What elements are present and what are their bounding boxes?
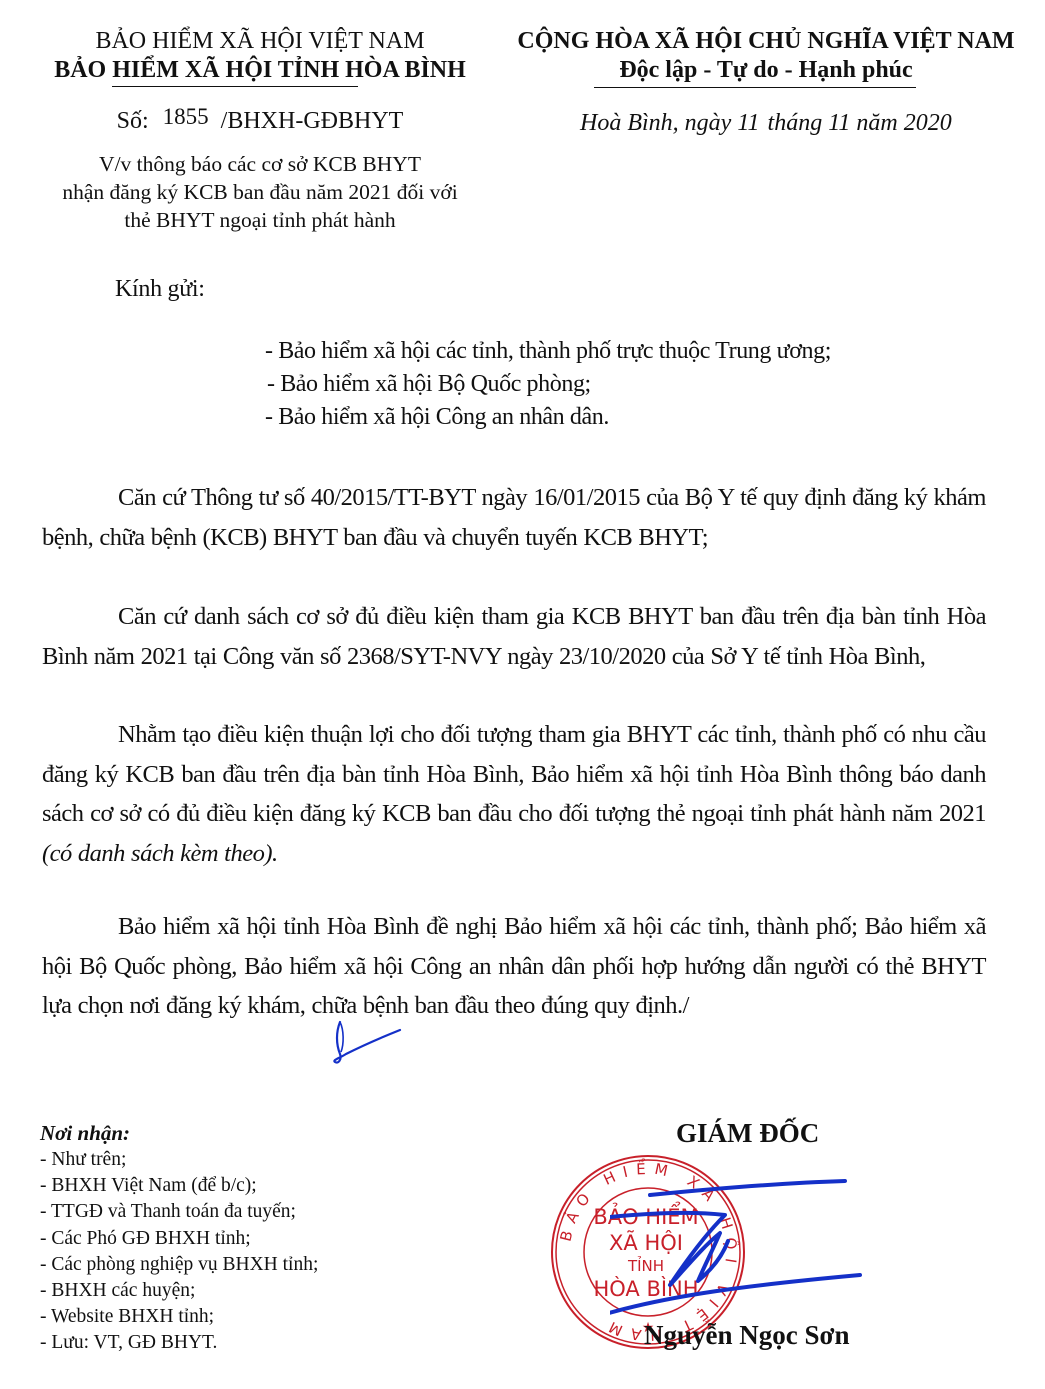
subject-line: V/v thông báo các cơ sở KCB BHYT (10, 150, 510, 178)
body-paragraph-1: Căn cứ Thông tư số 40/2015/TT-BYT ngày 1… (42, 478, 986, 557)
paragraph-text: Căn cứ danh sách cơ sở đủ điều kiện tham… (42, 597, 986, 676)
paragraph-text: Căn cứ Thông tư số 40/2015/TT-BYT ngày 1… (42, 478, 986, 557)
parent-agency: BẢO HIỂM XÃ HỘI VIỆT NAM (20, 26, 500, 56)
national-motto: Độc lập - Tự do - Hạnh phúc (496, 56, 1036, 84)
body-paragraph-4: Bảo hiểm xã hội tỉnh Hòa Bình đề nghị Bả… (42, 907, 986, 1026)
unit-underline (112, 86, 358, 87)
addressee-label: Kính gửi: (115, 276, 205, 303)
country-name: CỘNG HÒA XÃ HỘI CHỦ NGHĨA VIỆT NAM (496, 26, 1036, 56)
paragraph-text: Nhằm tạo điều kiện thuận lợi cho đối tượ… (42, 715, 986, 873)
issuing-unit: BẢO HIỂM XÃ HỘI TỈNH HÒA BÌNH (20, 56, 500, 84)
attachment-note: (có danh sách kèm theo). (42, 840, 278, 867)
handwritten-signature-icon (610, 1175, 870, 1325)
document-subject: V/v thông báo các cơ sở KCB BHYT nhận đă… (10, 150, 510, 234)
recipient-item: - Các phòng nghiệp vụ BHXH tỉnh; (40, 1252, 318, 1278)
recipient-item: - Như trên; (40, 1147, 318, 1173)
recipient-item: - BHXH Việt Nam (để b/c); (40, 1173, 318, 1199)
motto-underline (594, 87, 916, 88)
recipient-item: - TTGĐ và Thanh toán đa tuyến; (40, 1199, 318, 1225)
addressee-item: - Bảo hiểm xã hội Công an nhân dân. (265, 404, 609, 431)
paragraph-text: Bảo hiểm xã hội tỉnh Hòa Bình đề nghị Bả… (42, 907, 986, 1026)
issuing-agency-block: BẢO HIỂM XÃ HỘI VIỆT NAM BẢO HIỂM XÃ HỘI… (20, 26, 500, 84)
signer-position: GIÁM ĐỐC (676, 1118, 819, 1149)
addressee-item: - Bảo hiểm xã hội các tỉnh, thành phố tr… (265, 338, 831, 365)
recipient-item: - Các Phó GĐ BHXH tỉnh; (40, 1226, 318, 1252)
body-paragraph-2: Căn cứ danh sách cơ sở đủ điều kiện tham… (42, 597, 986, 676)
recipients-title: Nơi nhận: (40, 1120, 318, 1147)
document-number: Số: 1855 /BHXH-GĐBHYT (20, 108, 500, 135)
paragraph-main: Nhằm tạo điều kiện thuận lợi cho đối tượ… (42, 721, 986, 827)
signer-name: Nguyễn Ngọc Sơn (644, 1320, 849, 1351)
national-header-block: CỘNG HÒA XÃ HỘI CHỦ NGHĨA VIỆT NAM Độc l… (496, 26, 1036, 84)
recipients-block: Nơi nhận: - Như trên; - BHXH Việt Nam (đ… (40, 1120, 318, 1357)
recipient-item: - Lưu: VT, GĐ BHYT. (40, 1330, 318, 1356)
date-place: Hoà Bình, ngày 11 (580, 110, 760, 136)
number-label: Số: (117, 108, 149, 134)
date-rest: tháng 11 năm 2020 (768, 110, 952, 136)
subject-line: thẻ BHYT ngoại tỉnh phát hành (10, 206, 510, 234)
recipient-item: - Website BHXH tỉnh; (40, 1304, 318, 1330)
document-date: Hoà Bình, ngày 11tháng 11 năm 2020 (580, 110, 952, 137)
subject-line: nhận đăng ký KCB ban đầu năm 2021 đối vớ… (10, 178, 510, 206)
number-suffix: /BHXH-GĐBHYT (221, 108, 404, 134)
initial-pen-mark-icon (318, 1018, 408, 1070)
addressee-item: - Bảo hiểm xã hội Bộ Quốc phòng; (267, 371, 591, 398)
recipient-item: - BHXH các huyện; (40, 1278, 318, 1304)
number-value: 1855 (163, 104, 209, 129)
body-paragraph-3: Nhằm tạo điều kiện thuận lợi cho đối tượ… (42, 715, 986, 873)
